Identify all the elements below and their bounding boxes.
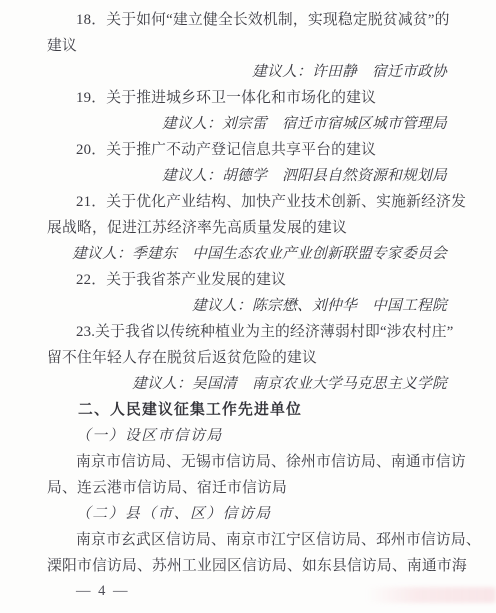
proposal-title-line: 展战略，促进江苏经济率先高质量发展的建议: [47, 215, 459, 241]
proposal-title-line: 21．关于优化产业结构、加快产业技术创新、实施新经济发: [47, 189, 459, 215]
proposal-title-line: 建议: [47, 33, 459, 59]
proposal-title-line: 22．关于我省茶产业发展的建议: [47, 267, 459, 293]
document-body: 18．关于如何“建立健全长效机制，实现稳定脱贫减贫”的 建议 建议人：许田静 宿…: [47, 7, 459, 579]
subsection-content-line: 局、连云港市信访局、宿迁市信访局: [47, 475, 459, 501]
subsection-content-line: 南京市信访局、无锡市信访局、徐州市信访局、南通市信访: [47, 449, 459, 475]
proposal-proposer-line: 建议人：吴国清 南京农业大学马克思主义学院: [47, 371, 459, 397]
section-heading: 二、人民建议征集工作先进单位: [47, 397, 459, 423]
subsection-city-bureaus: （一）设区市信访局 南京市信访局、无锡市信访局、徐州市信访局、南通市信访 局、连…: [47, 423, 459, 501]
subsection-county-bureaus: （二）县（市、区）信访局 南京市玄武区信访局、南京市江宁区信访局、邳州市信访局、…: [47, 501, 459, 579]
proposal-item: 19．关于推进城乡环卫一体化和市场化的建议 建议人：刘宗雷 宿迁市宿城区城市管理…: [47, 85, 459, 137]
subsection-label: （一）设区市信访局: [47, 423, 459, 449]
subsection-label: （二）县（市、区）信访局: [47, 501, 459, 527]
subsection-content-line: 南京市玄武区信访局、南京市江宁区信访局、邳州市信访局、: [47, 527, 459, 553]
proposal-title-line: 18．关于如何“建立健全长效机制，实现稳定脱贫减贫”的: [47, 7, 459, 33]
proposal-proposer-line: 建议人：胡德学 泗阳县自然资源和规划局: [47, 163, 459, 189]
subsection-content-line: 溧阳市信访局、苏州工业园区信访局、如东县信访局、南通市海: [47, 553, 459, 579]
proposal-title-line: 留不住年轻人存在脱贫后返贫危险的建议: [47, 345, 459, 371]
document-page: 18．关于如何“建立健全长效机制，实现稳定脱贫减贫”的 建议 建议人：许田静 宿…: [0, 0, 496, 613]
proposal-proposer-line: 建议人：季建东 中国生态农业产业创新联盟专家委员会: [47, 241, 459, 267]
proposal-title-line: 23.关于我省以传统种植业为主的经济薄弱村即“涉农村庄”: [47, 319, 459, 345]
proposal-title-line: 19．关于推进城乡环卫一体化和市场化的建议: [47, 85, 459, 111]
proposal-proposer-line: 建议人：刘宗雷 宿迁市宿城区城市管理局: [47, 111, 459, 137]
proposal-item: 18．关于如何“建立健全长效机制，实现稳定脱贫减贫”的 建议 建议人：许田静 宿…: [47, 7, 459, 85]
proposal-item: 22．关于我省茶产业发展的建议 建议人：陈宗懋、刘仲华 中国工程院: [47, 267, 459, 319]
proposal-proposer-line: 建议人：许田静 宿迁市政协: [47, 59, 459, 85]
proposal-item: 20．关于推广不动产登记信息共享平台的建议 建议人：胡德学 泗阳县自然资源和规划…: [47, 137, 459, 189]
section-advanced-units: 二、人民建议征集工作先进单位 （一）设区市信访局 南京市信访局、无锡市信访局、徐…: [47, 397, 459, 579]
proposal-title-line: 20．关于推广不动产登记信息共享平台的建议: [47, 137, 459, 163]
page-number: — 4 —: [76, 583, 130, 600]
proposal-item: 21．关于优化产业结构、加快产业技术创新、实施新经济发 展战略，促进江苏经济率先…: [47, 189, 459, 267]
proposal-item: 23.关于我省以传统种植业为主的经济薄弱村即“涉农村庄” 留不住年轻人存在脱贫后…: [47, 319, 459, 397]
scan-artifact: [366, 587, 496, 603]
proposal-proposer-line: 建议人：陈宗懋、刘仲华 中国工程院: [47, 293, 459, 319]
